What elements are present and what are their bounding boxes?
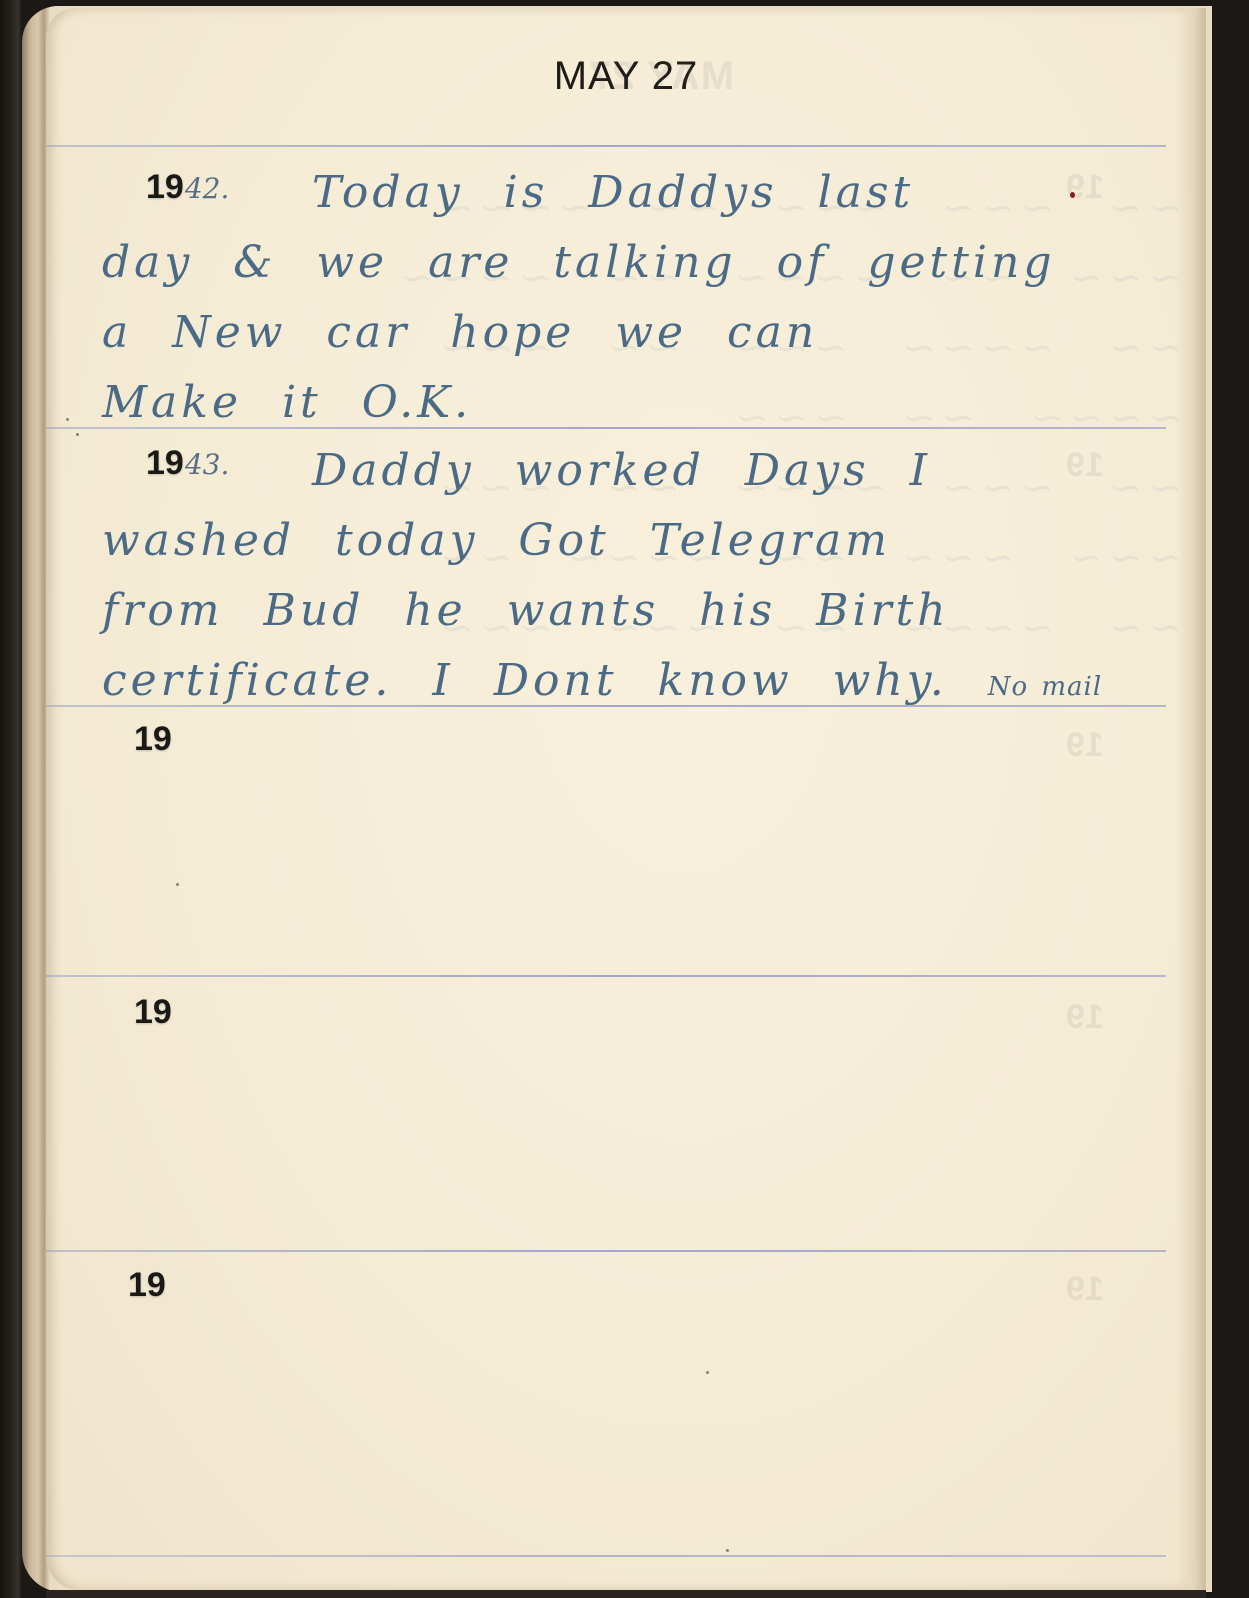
page-bottom-edge — [46, 1590, 1206, 1598]
paper-speck — [726, 1549, 729, 1552]
section-rule — [46, 1555, 1166, 1557]
diary-page: MAY 27 MAY 27 ~~ ~~~ ~~~ ~~ ~~~~ ~~~ ~~ … — [46, 8, 1206, 1590]
entry-line: certificate. I Dont know why. No mail — [102, 646, 1172, 722]
section-rule — [46, 1250, 1166, 1252]
entry-line: Make it O.K. — [102, 368, 1172, 438]
entry-line: Daddy worked Days I — [102, 436, 1172, 506]
paper-speck — [66, 418, 69, 421]
bleed-through-year: 19 — [1066, 998, 1104, 1037]
section-rule — [46, 975, 1166, 977]
paper-speck — [176, 883, 179, 886]
entry-year-label-blank: 19 — [134, 993, 172, 1032]
bleed-through-year: 19 — [1066, 726, 1104, 765]
entry-line-text: certificate. I Dont know why. — [102, 655, 948, 706]
scanned-diary-page: MAY 27 MAY 27 ~~ ~~~ ~~~ ~~ ~~~~ ~~~ ~~ … — [0, 0, 1249, 1598]
entry-trailing-note: No mail — [988, 672, 1102, 702]
entry-year-label-blank: 19 — [134, 720, 172, 759]
entry-line: day & we are talking of getting — [102, 228, 1172, 298]
bleed-through-year: 19 — [1066, 1270, 1104, 1309]
entry-line: Today is Daddys last — [102, 158, 1172, 228]
entry-line: washed today Got Telegram — [102, 506, 1172, 576]
entry-line: a New car hope we can — [102, 298, 1172, 368]
ink-mark — [1070, 192, 1075, 198]
date-header: MAY 27 MAY 27 — [46, 54, 1206, 99]
page-gutter-shadow — [1176, 8, 1206, 1590]
paper-speck — [706, 1371, 709, 1374]
entry-line: from Bud he wants his Birth — [102, 576, 1172, 646]
date-header-bleed-through: MAY 27 — [588, 54, 734, 99]
diary-entry-1942: Today is Daddys last day & we are talkin… — [102, 158, 1172, 438]
paper-speck — [76, 433, 79, 436]
diary-entry-1943: Daddy worked Days I washed today Got Tel… — [102, 436, 1172, 722]
entry-year-label-blank: 19 — [128, 1266, 166, 1305]
section-rule — [46, 145, 1166, 147]
